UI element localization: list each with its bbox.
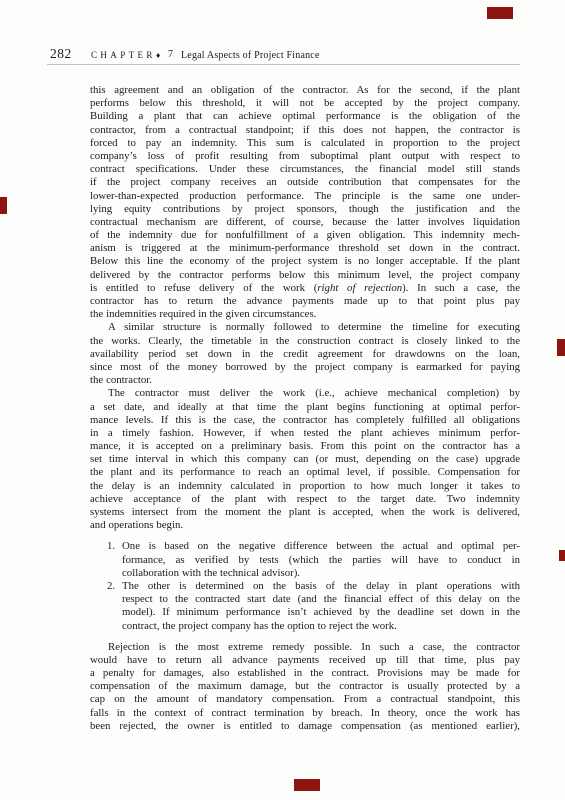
text-line: contractor has to return the advance pay…	[90, 295, 520, 308]
text-line: been rejected, the owner is entitled to …	[90, 720, 520, 733]
text-line: collaboration with the technical advisor…	[122, 567, 520, 580]
text-line: company’s loss of profit resulting from …	[90, 150, 520, 163]
text-line: performs below this threshold, it will n…	[90, 97, 520, 110]
text-line: the contractor.	[90, 374, 520, 387]
text-line: a penalty for damages, also established …	[90, 667, 520, 680]
list-item-text: One is based on the negative difference …	[122, 540, 520, 580]
text-line: falls in the context of contract termina…	[90, 707, 520, 720]
chapter-number: 7	[168, 49, 173, 60]
diamond-icon: ♦	[156, 50, 160, 60]
text-line: One is based on the negative difference …	[122, 540, 520, 553]
list-item-text: The other is determined on the basis of …	[122, 580, 520, 633]
text-line: achieve acceptance of the plant with res…	[90, 493, 520, 506]
edge-mark-right-upper-icon	[557, 339, 565, 356]
text-line: the plant and its performance to reach a…	[90, 466, 520, 479]
text-line: Below this line the economy of the proje…	[90, 255, 520, 268]
text-line: set time interval in which this company …	[90, 453, 520, 466]
text-line: delivered by the contractor performs bel…	[90, 269, 520, 282]
page-number: 282	[50, 46, 72, 62]
text-line: compensation of the maximum damage, but …	[90, 680, 520, 693]
paragraph: A similar structure is normally followed…	[90, 321, 520, 387]
text-line: mance levels. If this is the case, the c…	[90, 414, 520, 427]
edge-mark-top-right-icon	[487, 7, 513, 19]
text-line: the indemnities required in the given ci…	[90, 308, 520, 321]
list-number: 1.	[107, 540, 122, 580]
numbered-list: 1.One is based on the negative differenc…	[90, 540, 520, 632]
text-line: is entitled to refuse delivery of the wo…	[90, 282, 520, 295]
text-line: contract specifications. Under these cir…	[90, 163, 520, 176]
paragraph: Rejection is the most extreme remedy pos…	[90, 641, 520, 733]
text-line: The contractor must deliver the work (i.…	[90, 387, 520, 400]
edge-mark-bottom-icon	[294, 779, 320, 791]
text-line: the delay is an indemnity calculated in …	[90, 480, 520, 493]
list-item: 1.One is based on the negative differenc…	[90, 540, 520, 580]
text-line: systems intersect from the moment the pl…	[90, 506, 520, 519]
paragraph: this agreement and an obligation of the …	[90, 84, 520, 321]
book-page: 282 CHAPTER ♦ 7 Legal Aspects of Project…	[0, 0, 565, 800]
edge-mark-left-icon	[0, 197, 7, 214]
text-line: The other is determined on the basis of …	[122, 580, 520, 593]
text-line: and operations begin.	[90, 519, 520, 532]
text-line: contractor, from a contractual standpoin…	[90, 124, 520, 137]
text-line: if the project company receives an outsi…	[90, 176, 520, 189]
text-line: of the indemnity due for nonfulfillment …	[90, 229, 520, 242]
text-line: the works. Clearly, the timetable in the…	[90, 335, 520, 348]
chapter-title: Legal Aspects of Project Finance	[181, 50, 320, 61]
text-line: contract, the project company has the op…	[122, 620, 520, 633]
text-line: forced to pay an indemnity. This sum is …	[90, 137, 520, 150]
text-line: lying equity contributions by project sp…	[90, 203, 520, 216]
text-line: anism is triggered at the minimum-perfor…	[90, 242, 520, 255]
text-line: A similar structure is normally followed…	[90, 321, 520, 334]
edge-mark-right-lower-icon	[559, 550, 565, 561]
text-line: availability period set down in the cred…	[90, 348, 520, 361]
text-line: a set date, and ideally at that time the…	[90, 401, 520, 414]
text-line: cap on the amount of mandatory compensat…	[90, 693, 520, 706]
text-line: contractual mechanism are different, of …	[90, 216, 520, 229]
list-item: 2.The other is determined on the basis o…	[90, 580, 520, 633]
text-line: would have to return all advance payment…	[90, 654, 520, 667]
list-number: 2.	[107, 580, 122, 633]
text-line: Rejection is the most extreme remedy pos…	[90, 641, 520, 654]
text-line: respect to the contracted start date (an…	[122, 593, 520, 606]
text-line: formance, as verified by tests (which th…	[122, 554, 520, 567]
text-line: since most of the money borrowed by the …	[90, 361, 520, 374]
text-line: lower-than-expected production performan…	[90, 190, 520, 203]
paragraph: The contractor must deliver the work (i.…	[90, 387, 520, 532]
body-text: this agreement and an obligation of the …	[90, 84, 520, 733]
text-line: Building a plant that can achieve optima…	[90, 110, 520, 123]
text-line: model). If minimum performance isn’t ach…	[122, 606, 520, 619]
text-line: in a timely fashion. However, if when te…	[90, 427, 520, 440]
chapter-label: CHAPTER	[91, 50, 156, 60]
text-line: mance, it is accepted on a preliminary b…	[90, 440, 520, 453]
header-rule	[47, 64, 520, 65]
text-line: this agreement and an obligation of the …	[90, 84, 520, 97]
